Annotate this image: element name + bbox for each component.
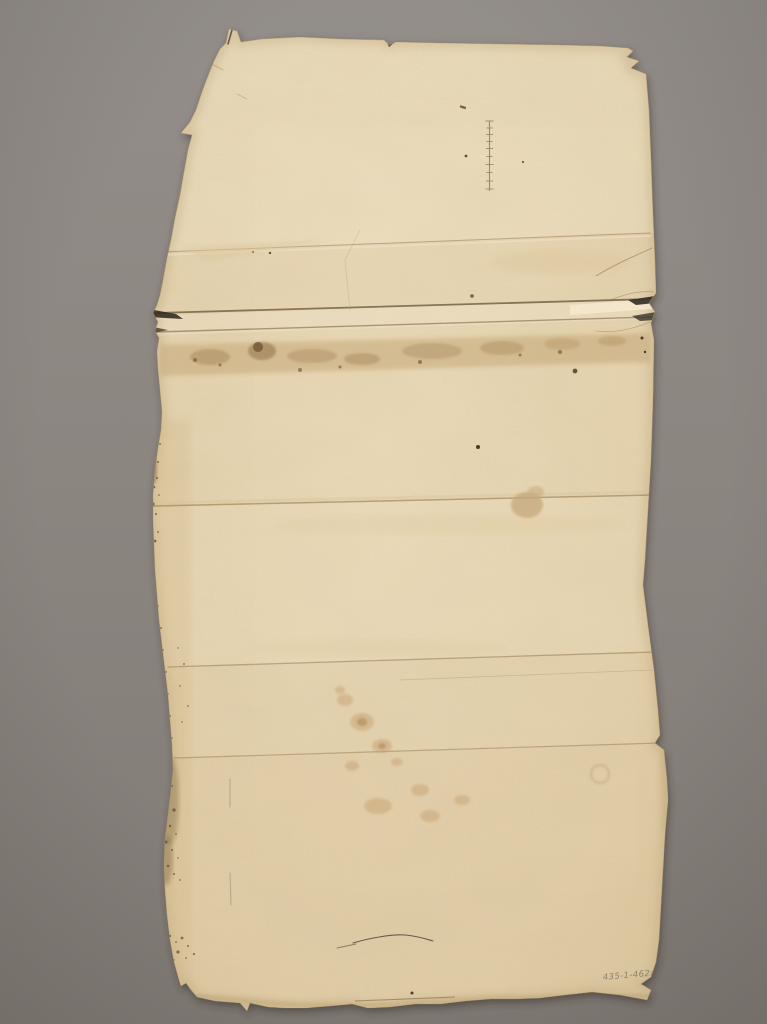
- speck-5: [573, 369, 578, 374]
- paper-surface-details: 435-1-462a 7: [140, 15, 680, 1024]
- faint-shade-upper-right: [490, 250, 630, 274]
- speck-2: [269, 252, 271, 254]
- photograph-of-document-verso: 435-1-462a 7: [0, 0, 767, 1024]
- stain-blob-mid-2: [528, 486, 544, 498]
- faint-band-1: [270, 515, 630, 535]
- photo-canvas: 435-1-462a 7: [0, 0, 767, 1024]
- dot-beside-scale: [465, 155, 468, 158]
- faint-band-2: [250, 640, 510, 656]
- stain-band-dark-spot: [253, 342, 263, 352]
- tear-speck-1: [641, 337, 644, 340]
- speck-7: [470, 294, 474, 298]
- speck-1: [522, 161, 524, 163]
- tear-speck-2: [644, 351, 646, 353]
- speck-4: [476, 445, 480, 449]
- speck-6: [411, 992, 414, 995]
- speck-3: [252, 251, 254, 253]
